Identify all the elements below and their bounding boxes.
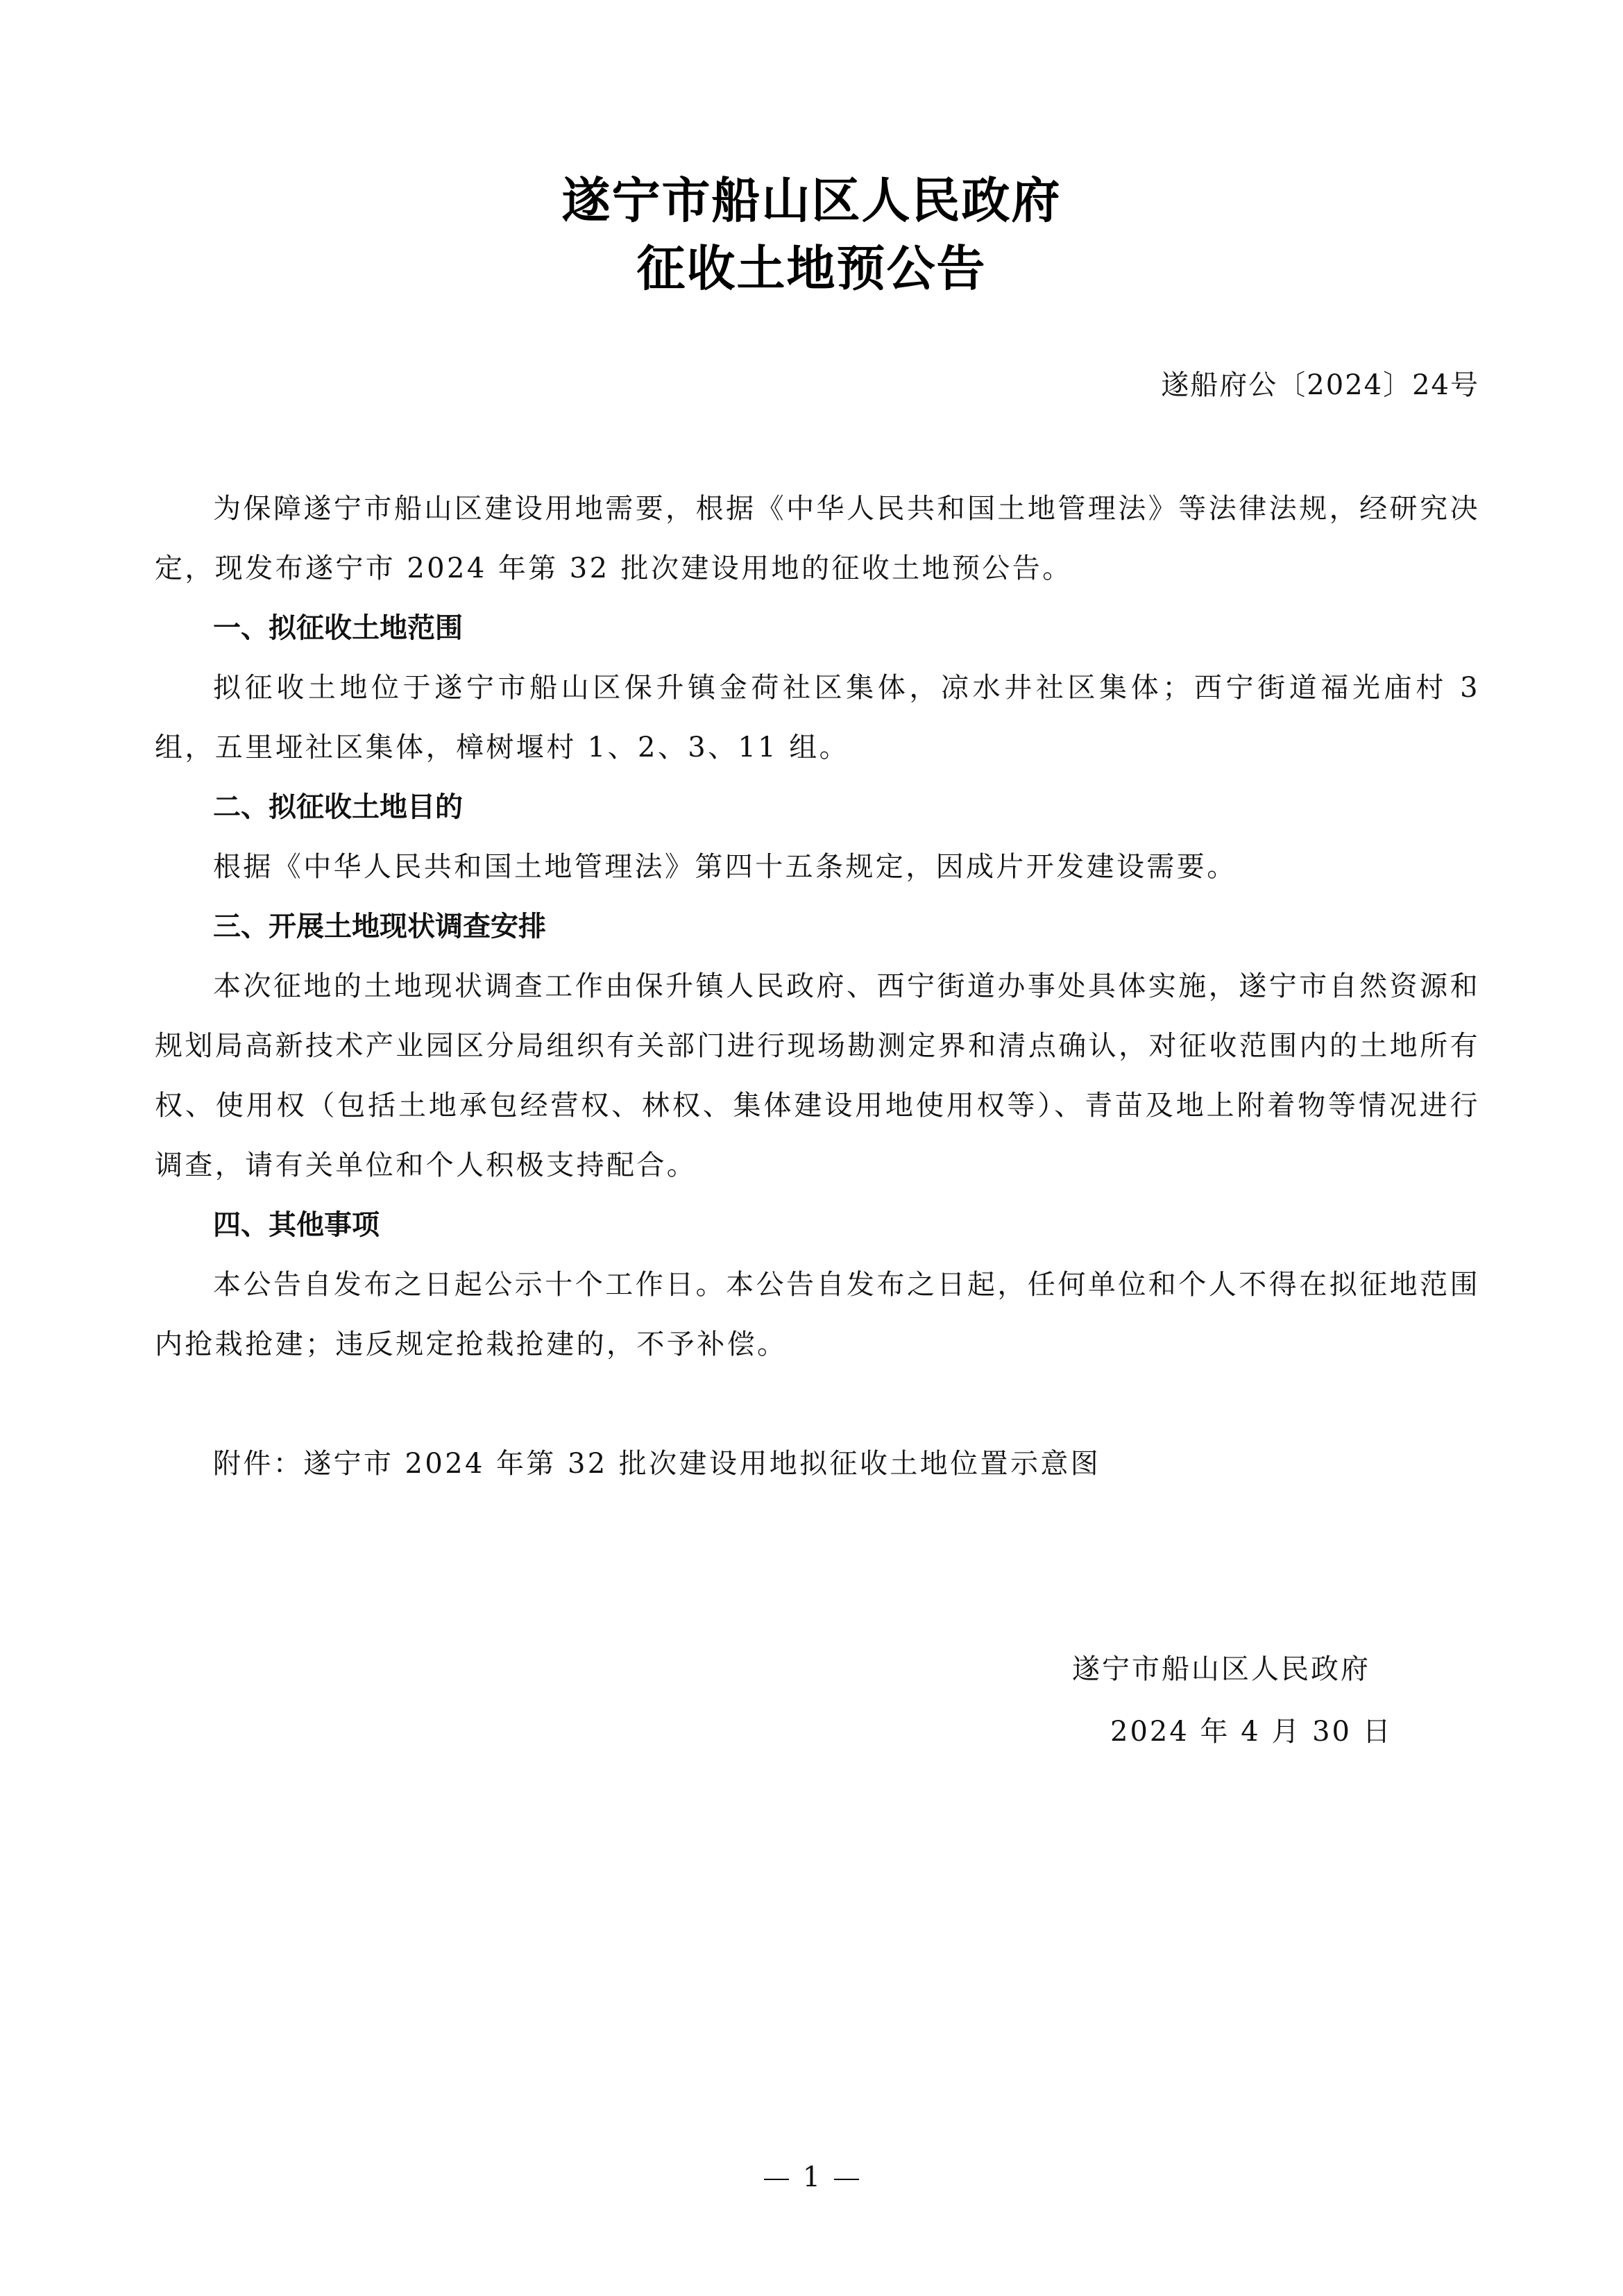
section-heading-1: 一、拟征收土地范围 bbox=[155, 598, 1480, 658]
section-heading-3: 三、开展土地现状调查安排 bbox=[155, 897, 1480, 956]
signature-block: 遂宁市船山区人民政府 2024 年 4 月 30 日 bbox=[1006, 1638, 1492, 1763]
page-footer: 1 bbox=[0, 2160, 1623, 2195]
section-heading-4: 四、其他事项 bbox=[155, 1195, 1480, 1255]
section-heading-2: 二、拟征收土地目的 bbox=[155, 777, 1480, 837]
page-dash-left bbox=[764, 2179, 789, 2180]
title-line-1: 遂宁市船山区人民政府 bbox=[0, 167, 1623, 235]
title-line-2: 征收土地预公告 bbox=[0, 235, 1623, 303]
document-number: 遂船府公〔2024〕24号 bbox=[1161, 368, 1479, 403]
attachment-note: 附件：遂宁市 2024 年第 32 批次建设用地拟征收土地位置示意图 bbox=[155, 1434, 1480, 1494]
section-text-4: 本公告自发布之日起公示十个工作日。本公告自发布之日起，任何单位和个人不得在拟征地… bbox=[155, 1255, 1480, 1374]
signature-organization: 遂宁市船山区人民政府 bbox=[1006, 1638, 1492, 1700]
signature-date: 2024 年 4 月 30 日 bbox=[1006, 1700, 1492, 1763]
intro-paragraph: 为保障遂宁市船山区建设用地需要，根据《中华人民共和国土地管理法》等法律法规，经研… bbox=[155, 479, 1480, 598]
section-text-3: 本次征地的土地现状调查工作由保升镇人民政府、西宁街道办事处具体实施，遂宁市自然资… bbox=[155, 956, 1480, 1195]
section-text-2: 根据《中华人民共和国土地管理法》第四十五条规定，因成片开发建设需要。 bbox=[155, 837, 1480, 897]
page-dash-right bbox=[834, 2179, 859, 2180]
section-text-1: 拟征收土地位于遂宁市船山区保升镇金荷社区集体，凉水井社区集体；西宁街道福光庙村 … bbox=[155, 658, 1480, 777]
document-title: 遂宁市船山区人民政府 征收土地预公告 bbox=[0, 167, 1623, 303]
document-body: 为保障遂宁市船山区建设用地需要，根据《中华人民共和国土地管理法》等法律法规，经研… bbox=[155, 479, 1480, 1494]
page-number: 1 bbox=[803, 2161, 820, 2193]
document-page: 遂宁市船山区人民政府 征收土地预公告 遂船府公〔2024〕24号 为保障遂宁市船… bbox=[0, 0, 1623, 2296]
